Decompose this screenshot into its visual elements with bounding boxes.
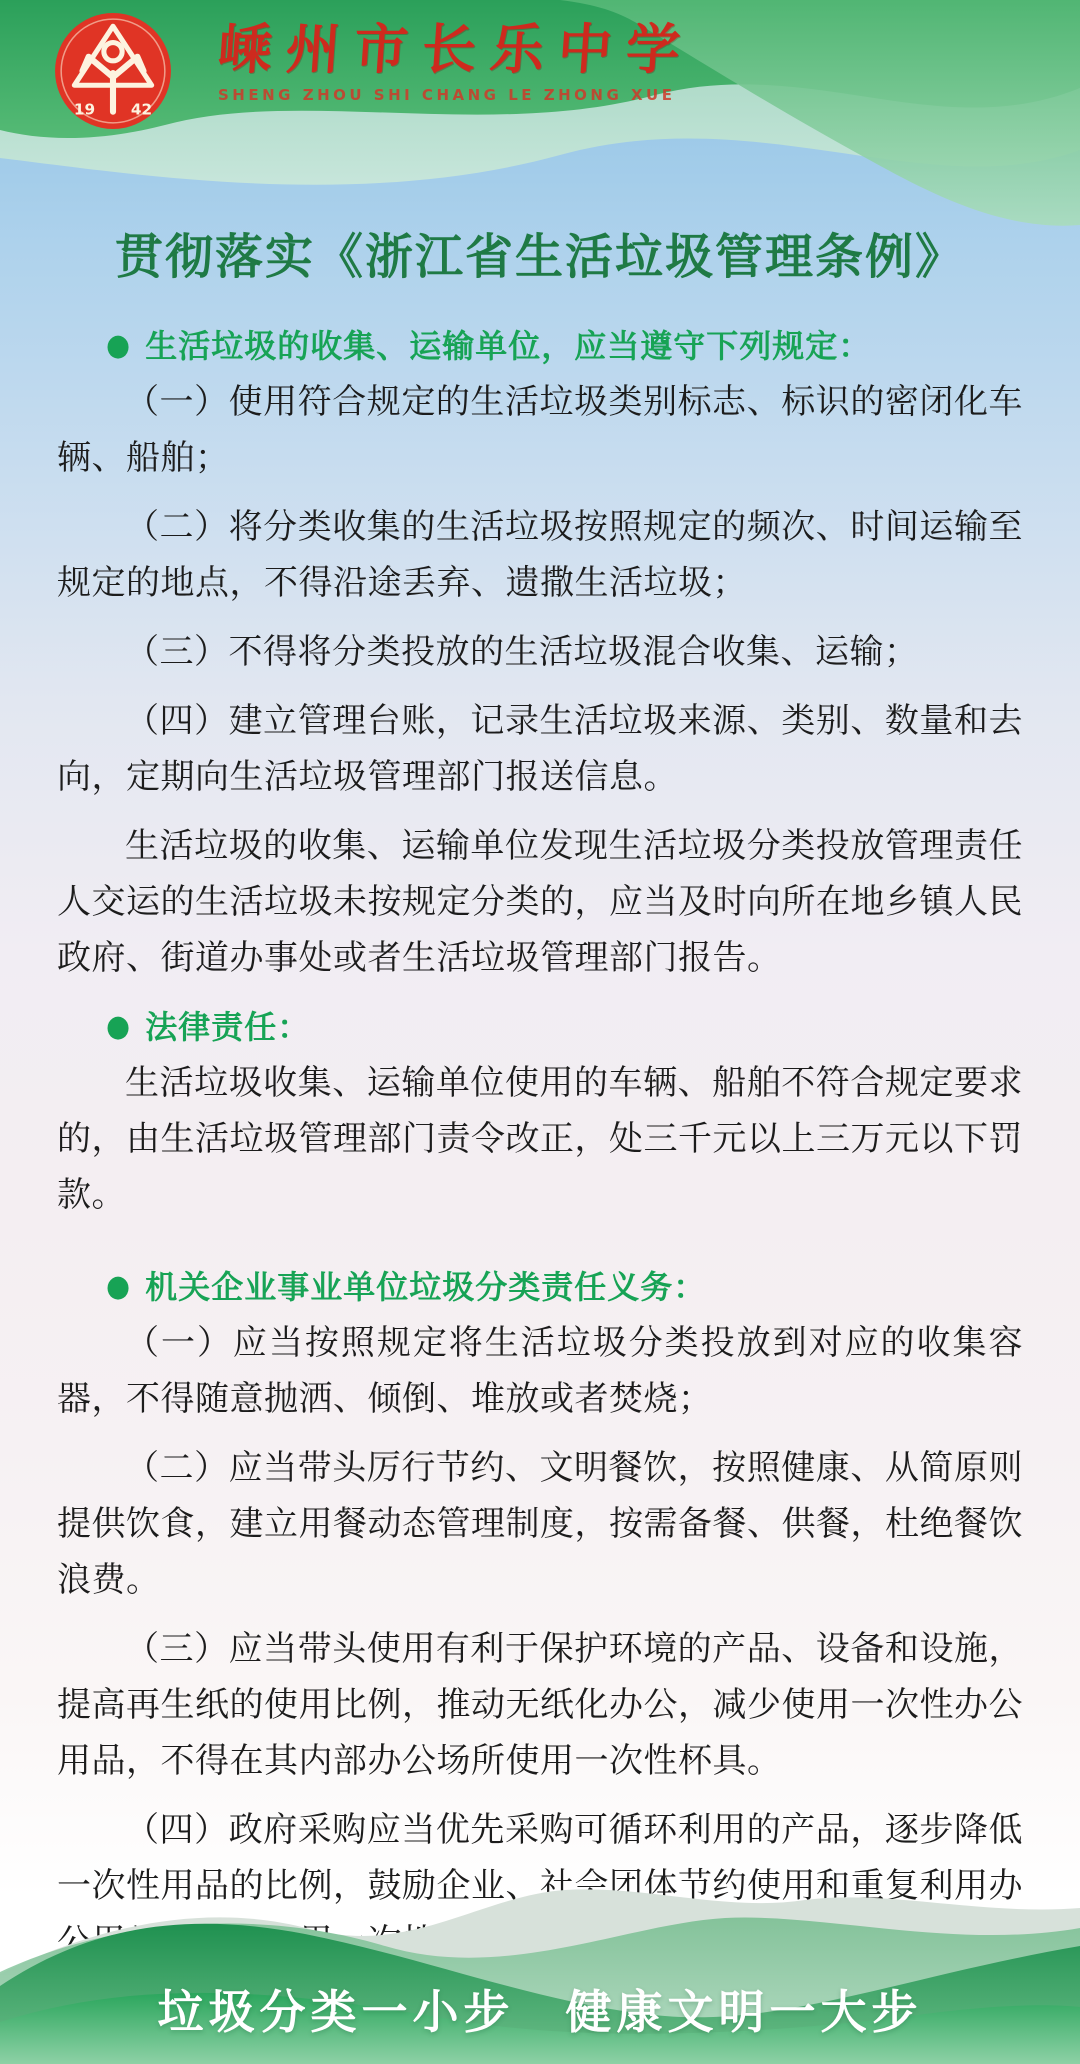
section-collection-transport: ● 生活垃圾的收集、运输单位，应当遵守下列规定： （一）使用符合规定的生活垃圾类… xyxy=(57,318,1023,986)
school-name: 嵊州市长乐中学 xyxy=(216,18,780,82)
section-heading: ● 法律责任： xyxy=(57,999,1023,1055)
body-paragraph: （四）建立管理台账，记录生活垃圾来源、类别、数量和去向，定期向生活垃圾管理部门报… xyxy=(57,693,1023,805)
body-paragraph: （一）应当按照规定将生活垃圾分类投放到对应的收集容器，不得随意抛洒、倾倒、堆放或… xyxy=(57,1315,1023,1427)
section-heading: ● 机关企业事业单位垃圾分类责任义务： xyxy=(57,1259,1023,1315)
footer-slogan: 垃圾分类一小步 健康文明一大步 xyxy=(0,1976,1080,2042)
school-logo: 19 42 xyxy=(52,10,174,132)
section-heading-text: 机关企业事业单位垃圾分类责任义务： xyxy=(145,1259,706,1315)
body-paragraph: （三）应当带头使用有利于保护环境的产品、设备和设施，提高再生纸的使用比例，推动无… xyxy=(57,1621,1023,1789)
body-paragraph: 生活垃圾收集、运输单位使用的车辆、船舶不符合规定要求的，由生活垃圾管理部门责令改… xyxy=(57,1055,1023,1223)
regulation-body: ● 生活垃圾的收集、运输单位，应当遵守下列规定： （一）使用符合规定的生活垃圾类… xyxy=(57,318,1023,2039)
section-legal-liability: ● 法律责任： 生活垃圾收集、运输单位使用的车辆、船舶不符合规定要求的，由生活垃… xyxy=(57,999,1023,1223)
body-paragraph: （二）将分类收集的生活垃圾按照规定的频次、时间运输至规定的地点，不得沿途丢弃、遗… xyxy=(57,499,1023,611)
section-heading-text: 生活垃圾的收集、运输单位，应当遵守下列规定： xyxy=(145,318,871,374)
logo-year-right: 42 xyxy=(131,101,152,119)
section-heading: ● 生活垃圾的收集、运输单位，应当遵守下列规定： xyxy=(57,318,1023,374)
body-paragraph: （一）使用符合规定的生活垃圾类别标志、标识的密闭化车辆、船舶； xyxy=(57,374,1023,486)
school-name-block: 嵊州市长乐中学 SHENG ZHOU SHI CHANG LE ZHONG XU… xyxy=(218,18,778,104)
logo-year-left: 19 xyxy=(74,101,95,119)
body-paragraph: （三）不得将分类投放的生活垃圾混合收集、运输； xyxy=(57,624,1023,680)
school-pinyin: SHENG ZHOU SHI CHANG LE ZHONG XUE xyxy=(218,86,778,104)
section-heading-text: 法律责任： xyxy=(145,999,310,1055)
bullet-icon: ● xyxy=(106,331,130,361)
page-title: 贯彻落实《浙江省生活垃圾管理条例》 xyxy=(0,228,1080,286)
bullet-icon: ● xyxy=(106,1012,130,1042)
body-paragraph: 生活垃圾的收集、运输单位发现生活垃圾分类投放管理责任人交运的生活垃圾未按规定分类… xyxy=(57,818,1023,986)
body-paragraph: （二）应当带头厉行节约、文明餐饮，按照健康、从简原则提供饮食，建立用餐动态管理制… xyxy=(57,1440,1023,1608)
bullet-icon: ● xyxy=(106,1272,130,1302)
